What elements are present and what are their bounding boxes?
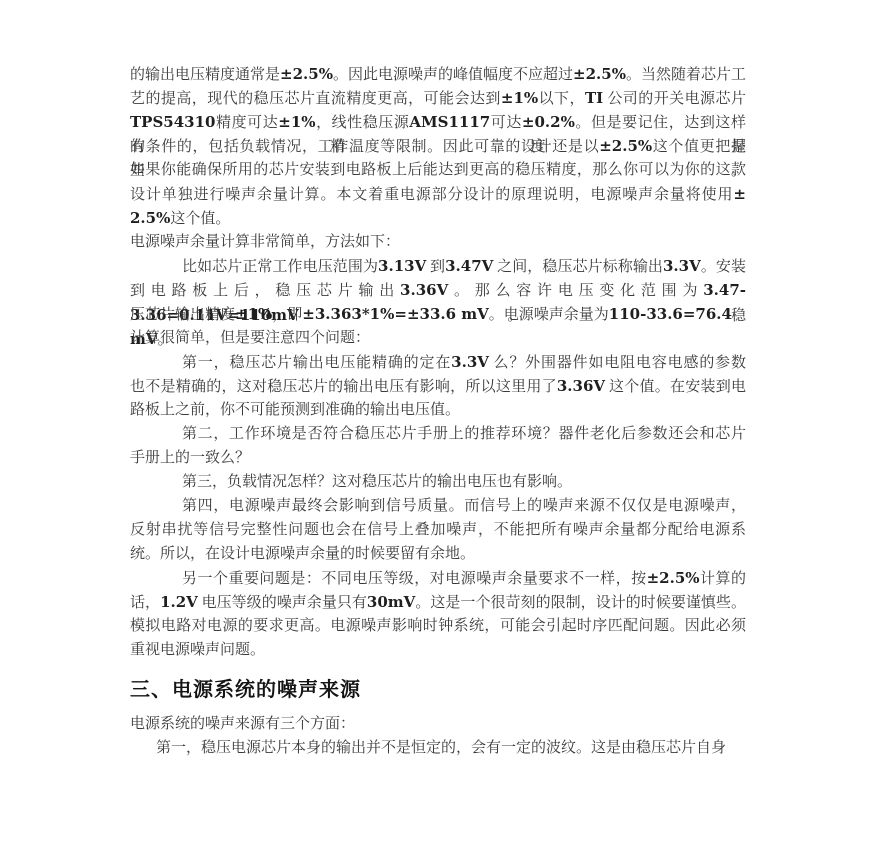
text-run: 。因此电源噪声的峰值幅度不应超过 bbox=[333, 67, 573, 83]
text-run: 第二，工作环境是否符合稳压芯片手册上的推荐环境？器件老化后参数还会和芯片 bbox=[182, 426, 746, 442]
text-line: 到电路板上后，稳压芯片输出3.36V。那么容许电压变化范围为3.47-3.36=… bbox=[130, 278, 746, 302]
text-run: 么？外围器件如电阻电容电感的参数 bbox=[489, 355, 746, 371]
text-run: 电源噪声余量计算非常简单，方法如下： bbox=[130, 234, 400, 250]
text-run: 统。所以，在设计电源噪声余量的时候要留有余地。 bbox=[130, 546, 475, 562]
text-line: 电源系统的噪声来源有三个方面： bbox=[130, 712, 746, 736]
text-line: 统。所以，在设计电源噪声余量的时候要留有余地。 bbox=[130, 542, 746, 566]
text-run: 。安装 bbox=[701, 259, 746, 275]
text-run: 手册上的一致么？ bbox=[130, 450, 250, 466]
text-run: 另一个重要问题是：不同电压等级，对电源噪声余量要求不一样，按 bbox=[182, 571, 647, 587]
text-run: 之间，稳压芯片标称输出 bbox=[493, 259, 663, 275]
emphasized-value-run: 1.2V bbox=[160, 593, 198, 611]
text-line: TPS54310精度可达±1%，线性稳压源AMS1117可达±0.2%。但是要记… bbox=[130, 110, 746, 134]
emphasized-value-run: TI bbox=[585, 89, 603, 107]
emphasized-value-run: 3.13V bbox=[378, 257, 426, 275]
text-line: 压芯片输出精度±1%，即±3.363*1%=±33.6 mV。电源噪声余量为11… bbox=[130, 302, 746, 326]
text-run: ，即 bbox=[272, 307, 302, 323]
text-run: 有条件的，包括负载情况，工作温度等限制。因此可靠的设计还是以 bbox=[130, 139, 599, 155]
text-line: 也不是精确的，这对稳压芯片的输出电压有影响，所以这里用了3.36V 这个值。在安… bbox=[130, 374, 746, 398]
emphasized-value-run: ±2.5% bbox=[573, 65, 626, 83]
text-run: 第四，电源噪声最终会影响到信号质量。而信号上的噪声来源不仅仅是电源噪声， bbox=[182, 498, 746, 514]
text-line: 第二，工作环境是否符合稳压芯片手册上的推荐环境？器件老化后参数还会和芯片 bbox=[130, 422, 746, 446]
text-run: 这个值。 bbox=[170, 211, 230, 227]
emphasized-value-run: 3.3V bbox=[663, 257, 701, 275]
text-line: 设计单独进行噪声余量计算。本文着重电源部分设计的原理说明，电源噪声余量将使用± bbox=[130, 182, 746, 206]
emphasized-value-run: 2.5% bbox=[130, 209, 170, 227]
emphasized-value-run: ±1% bbox=[501, 89, 538, 107]
text-run: 。当然随着芯片工 bbox=[626, 67, 746, 83]
text-run: 计算很简单，但是要注意四个问题： bbox=[130, 330, 370, 346]
emphasized-value-run: 30mV bbox=[367, 593, 415, 611]
text-run: 电压等级的噪声余量只有 bbox=[198, 595, 367, 611]
emphasized-value-run: ±2.5% bbox=[599, 137, 652, 155]
text-run: 可达 bbox=[490, 115, 522, 131]
text-line: 艺的提高，现代的稳压芯片直流精度更高，可能会达到±1%以下，TI 公司的开关电源… bbox=[130, 86, 746, 110]
emphasized-value-run: ±2.5% bbox=[280, 65, 333, 83]
text-run: 计算的 bbox=[700, 571, 746, 587]
text-run: 话， bbox=[130, 595, 160, 611]
text-line: 另一个重要问题是：不同电压等级，对电源噪声余量要求不一样，按±2.5%计算的 bbox=[130, 566, 746, 590]
page-canvas: 的输出电压精度通常是±2.5%。因此电源噪声的峰值幅度不应超过±2.5%。当然随… bbox=[0, 0, 870, 842]
text-run: 比如芯片正常工作电压范围为 bbox=[182, 259, 378, 275]
text-line: 如果你能确保所用的芯片安装到电路板上后能达到更高的稳压精度，那么你可以为你的这款 bbox=[130, 158, 746, 182]
emphasized-value-run: ±0.2% bbox=[522, 113, 575, 131]
text-line: 模拟电路对电源的要求更高。电源噪声影响时钟系统，可能会引起时序匹配问题。因此必须 bbox=[130, 614, 746, 638]
emphasized-value-run: TPS54310 bbox=[130, 113, 215, 131]
text-run: 公司的开关电源芯片 bbox=[603, 91, 746, 107]
text-run: 模拟电路对电源的要求更高。电源噪声影响时钟系统，可能会引起时序匹配问题。因此必须 bbox=[130, 618, 746, 634]
text-run: 到电路板上后，稳压芯片输出 bbox=[130, 283, 400, 299]
text-line: 第一，稳压电源芯片本身的输出并不是恒定的，会有一定的波纹。这是由稳压芯片自身 bbox=[130, 736, 746, 760]
text-run: 压芯片输出精度 bbox=[130, 307, 235, 323]
emphasized-value-run: AMS1117 bbox=[409, 113, 490, 131]
text-line: 2.5%这个值。 bbox=[130, 206, 746, 230]
text-run: 也不是精确的，这对稳压芯片的输出电压有影响，所以这里用了 bbox=[130, 379, 557, 395]
text-run: 第三，负载情况怎样？这对稳压芯片的输出电压也有影响。 bbox=[182, 474, 572, 490]
text-run: 艺的提高，现代的稳压芯片直流精度更高，可能会达到 bbox=[130, 91, 501, 107]
emphasized-value-run: ± bbox=[733, 185, 746, 203]
text-run: 。电源噪声余量为 bbox=[489, 307, 609, 323]
text-run: 重视电源噪声问题。 bbox=[130, 642, 265, 658]
text-run: 第一，稳压电源芯片本身的输出并不是恒定的，会有一定的波纹。这是由稳压芯片自身 bbox=[156, 740, 726, 756]
emphasized-value-run: ±1% bbox=[278, 113, 315, 131]
text-run: 反射串扰等信号完整性问题也会在信号上叠加噪声，不能把所有噪声余量都分配给电源系 bbox=[130, 522, 746, 538]
text-run: 以下， bbox=[538, 91, 585, 107]
emphasized-value-run: 3.47V bbox=[445, 257, 493, 275]
text-run: 到 bbox=[426, 259, 445, 275]
emphasized-value-run: ±3.363*1%=±33.6 mV bbox=[302, 305, 488, 323]
text-run: 。这是一个很苛刻的限制，设计的时候要谨慎些。 bbox=[415, 595, 746, 611]
text-line: 手册上的一致么？ bbox=[130, 446, 746, 470]
text-run: 如果你能确保所用的芯片安装到电路板上后能达到更高的稳压精度，那么你可以为你的这款 bbox=[130, 162, 746, 178]
document-page: { "page": { "background": "#ffffff", "te… bbox=[0, 0, 870, 842]
text-line: 第三，负载情况怎样？这对稳压芯片的输出电压也有影响。 bbox=[130, 470, 746, 494]
text-line: 第一，稳压芯片输出电压能精确的定在3.3V 么？外围器件如电阻电容电感的参数 bbox=[130, 350, 746, 374]
text-line: 反射串扰等信号完整性问题也会在信号上叠加噪声，不能把所有噪声余量都分配给电源系 bbox=[130, 518, 746, 542]
text-run: 的输出电压精度通常是 bbox=[130, 67, 280, 83]
text-line: 电源噪声余量计算非常简单，方法如下： bbox=[130, 230, 746, 254]
text-line: 计算很简单，但是要注意四个问题： bbox=[130, 326, 746, 350]
text-run: 精度可达 bbox=[215, 115, 278, 131]
emphasized-value-run: 3.3V bbox=[451, 353, 489, 371]
text-line: 有条件的，包括负载情况，工作温度等限制。因此可靠的设计还是以±2.5%这个值更把… bbox=[130, 134, 746, 158]
text-run: ，线性稳压源 bbox=[316, 115, 410, 131]
text-line: 重视电源噪声问题。 bbox=[130, 638, 746, 662]
text-line: 话，1.2V 电压等级的噪声余量只有30mV。这是一个很苛刻的限制，设计的时候要… bbox=[130, 590, 746, 614]
text-run: 这个值。在安装到电 bbox=[605, 379, 746, 395]
section-heading: 三、电源系统的噪声来源 bbox=[130, 674, 746, 704]
text-line: 第四，电源噪声最终会影响到信号质量。而信号上的噪声来源不仅仅是电源噪声， bbox=[130, 494, 746, 518]
emphasized-value-run: ±1% bbox=[235, 305, 272, 323]
text-run: 电源系统的噪声来源有三个方面： bbox=[130, 716, 355, 732]
text-run: 路板上之前，你不可能预测到准确的输出电压值。 bbox=[130, 402, 460, 418]
text-line: 比如芯片正常工作电压范围为3.13V 到3.47V 之间，稳压芯片标称输出3.3… bbox=[130, 254, 746, 278]
text-line: 路板上之前，你不可能预测到准确的输出电压值。 bbox=[130, 398, 746, 422]
document-content: 的输出电压精度通常是±2.5%。因此电源噪声的峰值幅度不应超过±2.5%。当然随… bbox=[130, 62, 746, 760]
text-run: 设计单独进行噪声余量计算。本文着重电源部分设计的原理说明，电源噪声余量将使用 bbox=[130, 187, 733, 203]
text-run: 第一，稳压芯片输出电压能精确的定在 bbox=[182, 355, 451, 371]
text-run: 。那么容许电压变化范围为 bbox=[448, 283, 703, 299]
emphasized-value-run: 3.36V bbox=[400, 281, 448, 299]
emphasized-value-run: 3.36V bbox=[557, 377, 605, 395]
text-line: 的输出电压精度通常是±2.5%。因此电源噪声的峰值幅度不应超过±2.5%。当然随… bbox=[130, 62, 746, 86]
emphasized-value-run: ±2.5% bbox=[647, 569, 700, 587]
